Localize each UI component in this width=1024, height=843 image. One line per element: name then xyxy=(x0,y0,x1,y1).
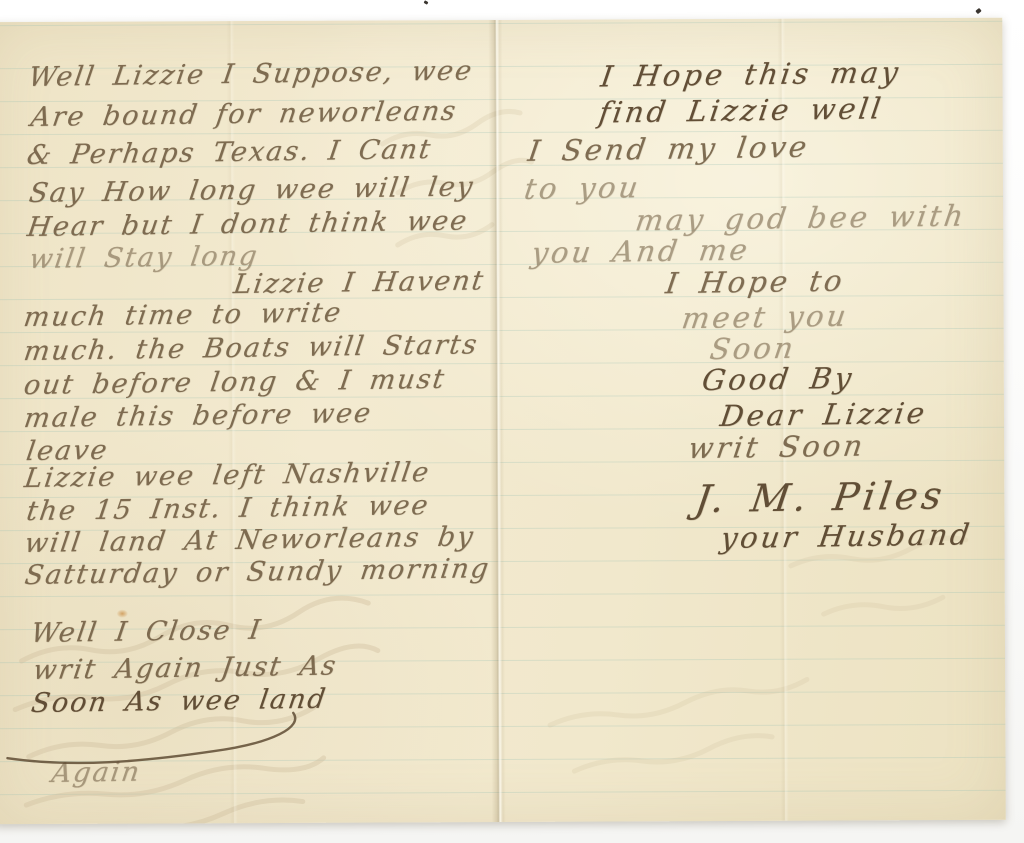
signature-role: your Husband xyxy=(719,517,975,555)
letter-line: Well I Close I xyxy=(29,615,264,649)
letter-line: I Send my love xyxy=(526,130,812,168)
letter-line: Good By xyxy=(700,361,857,397)
letter-line: writ Soon xyxy=(686,429,867,466)
letter-line: & Perhaps Texas. I Cant xyxy=(25,134,434,171)
signature-name: J. M. Piles xyxy=(692,473,948,521)
dust-speck xyxy=(975,8,981,14)
letter-line: Lizzie I Havent xyxy=(231,265,486,300)
letter-line: I Hope to xyxy=(663,264,847,301)
dust-speck xyxy=(424,0,429,5)
letter-line: you And me xyxy=(529,233,752,270)
letter-line: may god bee with xyxy=(633,198,968,237)
letter-line: male this before wee xyxy=(22,398,374,434)
letter-line: Soon xyxy=(708,331,798,366)
letter-line: Lizzie wee left Nashville xyxy=(22,457,432,494)
letter-line: to you xyxy=(522,170,643,206)
letter-line: meet you xyxy=(680,299,851,335)
scan-background: Well Lizzie I Suppose, wee Are bound for… xyxy=(0,0,1024,843)
letter-line: much time to write xyxy=(22,297,345,333)
letter-line: will Stay long xyxy=(27,241,260,275)
letter-line: Are bound for neworleans xyxy=(29,96,460,133)
letter-paper: Well Lizzie I Suppose, wee Are bound for… xyxy=(0,18,1006,824)
pen-flourish xyxy=(0,690,414,782)
letter-line: I Hope this may xyxy=(599,55,904,93)
letter-line: Dear Lizzie xyxy=(718,396,930,433)
letter-line: the 15 Inst. I think wee xyxy=(24,490,431,527)
letter-line: find Lizzie well xyxy=(597,91,886,129)
letter-line: writ Again Just As xyxy=(31,651,339,687)
letter-line: out before long & I must xyxy=(22,364,448,401)
letter-line: Hear but I dont think wee xyxy=(25,206,470,244)
